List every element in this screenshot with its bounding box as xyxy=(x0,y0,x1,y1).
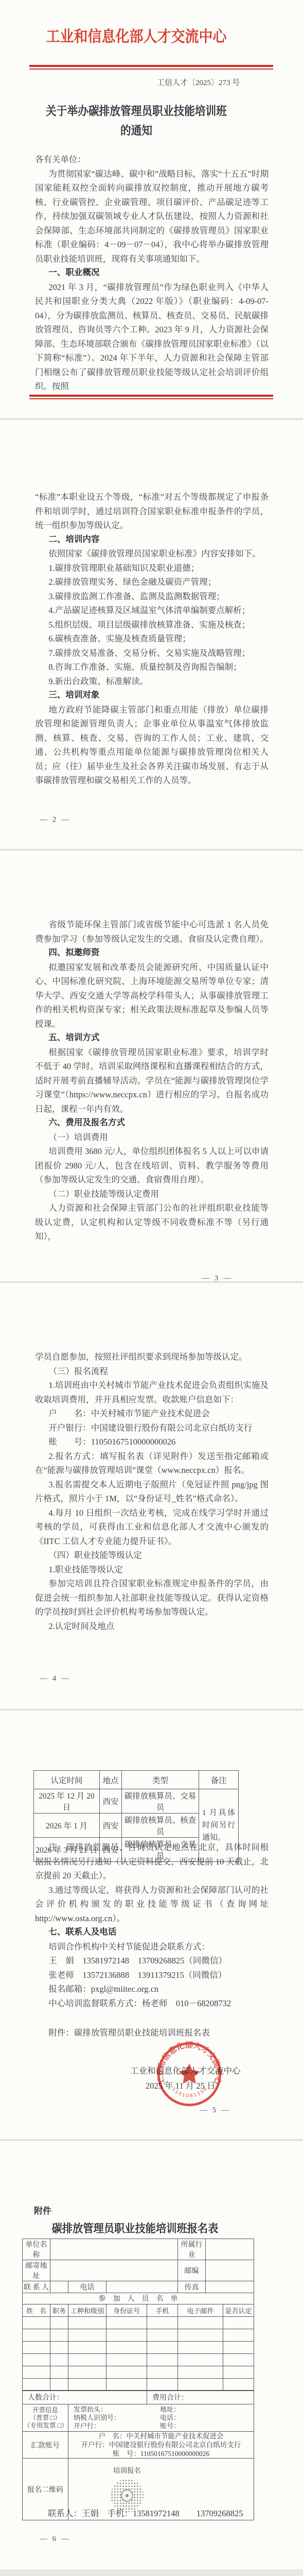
para-exam-certificate: 4.每月 10 日组织一次结业考核，完成在线学习学时并通过考核的学员，可获得由工… xyxy=(35,1506,269,1549)
page5-body: 注：碳排放监测员、咨询员认定地点在北京，具体时间根据报名情况另行通知（认定资料提… xyxy=(35,1840,269,2040)
roster-empty-row xyxy=(23,2378,254,2391)
stamp-star-icon xyxy=(179,2063,200,2083)
contact-lead: 培训合作机构中关村节能促进会联系方式： xyxy=(35,1940,269,1954)
subheading-training-fee: （一）培训费用 xyxy=(35,1130,269,1145)
roster-header-mobile: 手机 xyxy=(147,2304,178,2316)
para-photo-requirement: 3.报名需提交本人近期电子版照片（免冠证件照 png/jpg 图片格式，照片小于… xyxy=(35,1478,269,1506)
fax-label: 传真 xyxy=(178,2281,206,2293)
para-register-method: 2.报名方式：填写报名表（详见附件）发送至指定邮箱或在“能源与碳排放管理培训”课… xyxy=(35,1449,269,1478)
para-levels: “标准”本职业设五个等级，“标准”对五个等级都规定了申报条件和培训学时，通过培训… xyxy=(35,490,269,533)
invoice-fields-cell: 发票抬头： 纳税人识别号： 开户行： 地址： 电话： 账号： xyxy=(68,2404,254,2432)
fax-field xyxy=(206,2281,254,2293)
notice-title-line2: 的通知 xyxy=(120,124,152,137)
contact-supervision: 中心培训监督联系方式：杨老师 010－68208732 xyxy=(35,1996,269,2011)
notice-title-line1: 关于举办碳排放管理员职业技能培训班 xyxy=(46,105,227,117)
content-item: 9.新出台政策、标准解读。 xyxy=(35,674,269,689)
para-skill-cert: 参加完培训且符合国家职业标准规定申报条件的学员，由促进会统一组织参加人社部职业技… xyxy=(35,1577,269,1619)
schedule-cell: 西安 xyxy=(100,1814,122,1838)
schedule-header-type: 类型 xyxy=(122,1771,199,1789)
unit-name-label: 单位名称 xyxy=(23,2239,50,2260)
remit-name-line: 户 名：中关村城市节能产业技术促进会 xyxy=(69,2432,253,2441)
subitem-skill-cert: 1.职业技能等级认定 xyxy=(35,1563,269,1577)
page2-body: “标准”本职业设五个等级，“标准”对五个等级都规定了申报条件和培训学时，通过培训… xyxy=(35,490,269,788)
schedule-cell: 2025 年 12 月 20 日 xyxy=(34,1789,100,1814)
doc-number: 工信人才〔2025〕273 号 xyxy=(157,77,240,88)
account-number-line: 账 号：11050167510000000026 xyxy=(35,1435,269,1449)
content-item: 3.碳排放监测工作准备、监测及监测数据管理； xyxy=(35,589,269,604)
page3-body: 省级节能环保主管部门或省级节能中心可选派 1 名人员免费参加学习（参加等级认定发… xyxy=(35,918,269,1244)
subheading-registration-process: （三）报名流程 xyxy=(35,1364,269,1379)
schedule-cell: 碳排放核算员、核查员 xyxy=(122,1814,199,1838)
roster-empty-row xyxy=(23,2341,254,2353)
subheading-cert-fee: （二）职业技能等级认定费用 xyxy=(35,1187,269,1201)
para-trainees: 地方政府节能降碳主管部门和重点用能（排放）单位碳排放管理和能源管理负责人；企事业… xyxy=(35,703,269,788)
roster-header-name: 姓 名 xyxy=(23,2304,50,2316)
para-content-lead: 依照国家《碳排放管理员国家职业标准》内容安排如下。 xyxy=(35,547,269,561)
page-5: 认定时间 地点 类型 备注 2025 年 12 月 20 日 西安 碳排放核算员… xyxy=(0,1709,303,2139)
invoice-label-line1: 开票信息 xyxy=(24,2406,67,2414)
heading-faculty: 四、拟邀师资 xyxy=(35,946,269,960)
heading-training-content: 二、培训内容 xyxy=(35,533,269,547)
invoice-title-label: 发票抬头： xyxy=(74,2405,160,2414)
schedule-cell: 2026 年 1 月 xyxy=(34,1814,100,1838)
salutation: 各有关单位： xyxy=(35,152,269,167)
para-training-fee: 培训费用 3680 元/人，单位组织团体报名 5 人以上可以申请团报价 2980… xyxy=(35,1144,269,1187)
page1-body: 各有关单位： 为贯彻国家“碳达峰、碳中和”战略目标，落实“十五五”时期国家能耗双… xyxy=(35,152,269,394)
scanned-notice-document: 工业和信息化部人才交流中心 工信人才〔2025〕273 号 关于举办碳排放管理员… xyxy=(0,0,303,2576)
unit-name-field xyxy=(50,2239,178,2260)
phone-field xyxy=(106,2281,178,2293)
address-label: 邮寄地址 xyxy=(23,2260,50,2281)
form-roster-table: 参 加 人 员 名 单 姓 名 职务 工种和级别 身份证号 手机 电子邮件 是否… xyxy=(22,2293,254,2391)
contact-wangjuan: 王 娟 13581972148 13709268825（同微信） xyxy=(35,1954,269,1968)
page-number-3: — 3 — xyxy=(202,1274,233,1281)
heading-trainees: 三、培训对象 xyxy=(35,688,269,703)
invoice-label-line2: （普票 □） xyxy=(24,2414,67,2422)
invoice-label-line3: （专用发票 □） xyxy=(24,2422,67,2430)
form-info-table: 单位名称 所属行业 邮寄地址 邮编 联 系 人 电话 传真 xyxy=(22,2239,254,2293)
phone-label: 电话 xyxy=(68,2281,106,2293)
remit-bank-line: 开户行：中国建设银行股份有限公司北京白纸坊支行 xyxy=(69,2441,253,2449)
page-number-5: — 5 — xyxy=(200,2106,230,2115)
contact-field xyxy=(50,2281,68,2293)
schedule-cell: 西安 xyxy=(100,1789,122,1814)
roster-empty-row xyxy=(23,2329,254,2341)
invoice-type-label: 开票信息 （普票 □） （专用发票 □） xyxy=(23,2404,68,2432)
attachment-label: 附件 xyxy=(34,2204,51,2216)
para-organizer: 1.培训班由中关村城市节能产业技术促进会负责组织实施及收取培训费用，并开具相应发… xyxy=(35,1378,269,1406)
schedule-header-place: 地点 xyxy=(100,1771,122,1789)
page-1: 工业和信息化部人才交流中心 工信人才〔2025〕273 号 关于举办碳排放管理员… xyxy=(0,0,303,418)
para-certificate-query: 3.通过等级认定，将获得人力资源和社会保障部门认可的社会评价机构颁发的职业技能等… xyxy=(35,1883,269,1926)
letterhead-rule xyxy=(29,65,273,70)
para-cert-fee: 人力资源和社会保障主管部门公布的社评组织职业技能等级认定费，认定机构和认定等级不… xyxy=(35,1201,269,1244)
subitem-cert-time-place: 2.认定时间及地点 xyxy=(35,1619,269,1634)
page-number-2: — 2 — xyxy=(40,816,70,824)
page-number-6: — 6 — xyxy=(40,2535,70,2544)
subheading-skill-cert: （四）职业技能等级认定 xyxy=(35,1548,269,1563)
roster-empty-row xyxy=(23,2316,254,2329)
para-occupation-overview: 2021 年 3 月，“碳排放管理员”作为绿色职业列入《中华人民共和国职业分类大… xyxy=(35,280,269,394)
invoice-taxid-label: 纳税人识别号： xyxy=(74,2414,160,2422)
para-faculty: 拟邀国家发展和改革委员会能源研究所、中国质量认证中心、中国标准化研究院、上海环境… xyxy=(35,960,269,1031)
registration-form: 单位名称 所属行业 邮寄地址 邮编 联 系 人 电话 传真 xyxy=(22,2239,254,2520)
heading-occupation-overview: 一、职业概况 xyxy=(35,266,269,280)
zip-label: 邮编 xyxy=(178,2260,206,2281)
roster-title: 参 加 人 员 名 单 xyxy=(23,2293,254,2304)
attachment-reference: 附件：碳排放管理员职业技能培训班报名表 xyxy=(35,2026,269,2040)
invoice-address-label: 地址： xyxy=(160,2405,180,2414)
official-red-stamp: 工业和信息化部人才交流中心 1101081336207 xyxy=(153,2038,225,2110)
remit-number-line: 账 号：11050167510000000026 xyxy=(69,2449,253,2458)
schedule-header-time: 认定时间 xyxy=(34,1771,100,1789)
para-schedule-note: 注：碳排放监测员、咨询员认定地点在北京，具体时间根据报名情况另行通知（认定资料提… xyxy=(35,1840,269,1883)
page-4: 学员自愿参加，按照社评组织要求到现场参加等级认定。 （三）报名流程 1.培训班由… xyxy=(0,1281,303,1709)
industry-label: 所属行业 xyxy=(178,2239,206,2260)
account-name-line: 户 名：中关村城市节能产业技术促进会 xyxy=(35,1406,269,1421)
invoice-bank-label: 开户行： xyxy=(74,2422,160,2430)
total-people-label: 人数合计： xyxy=(23,2391,147,2404)
page1-bottom-rule xyxy=(29,395,273,399)
schedule-header-remark: 备注 xyxy=(199,1771,239,1789)
registration-form-title: 碳排放管理员职业技能培训班报名表 xyxy=(11,2220,259,2236)
address-field xyxy=(50,2260,178,2281)
roster-empty-row xyxy=(23,2353,254,2366)
remit-account-cell: 户 名：中关村城市节能产业技术促进会 开户行：中国建设银行股份有限公司北京白纸坊… xyxy=(68,2432,254,2459)
industry-field xyxy=(206,2239,254,2260)
form-bottom-table: 人数合计： 费用合计： 开票信息 （普票 □） （专用发票 □） 发票抬头： 纳… xyxy=(22,2390,254,2520)
qr-caption: 培训报名 xyxy=(93,2465,161,2475)
roster-header-certify: 是否认定 xyxy=(223,2304,254,2316)
page-6: 附件 碳排放管理员职业技能培训班报名表 单位名称 所属行业 邮寄地址 邮编 xyxy=(0,2139,303,2576)
zip-field xyxy=(206,2260,254,2281)
form-contact-line: 联系人：王娟 手机：13581972148 13709268825 xyxy=(48,2506,243,2519)
roster-empty-row xyxy=(23,2366,254,2378)
heading-fees: 六、费用及报名方式 xyxy=(35,1116,269,1130)
para-voluntary: 学员自愿参加，按照社评组织要求到现场参加等级认定。 xyxy=(35,1350,269,1364)
content-item: 1.碳排放管理职业基础知识及职业道德； xyxy=(35,561,269,575)
page4-body: 学员自愿参加，按照社评组织要求到现场参加等级认定。 （三）报名流程 1.培训班由… xyxy=(35,1350,269,1633)
contact-zhang: 张老师 13572136888 13911379215（同微信） xyxy=(35,1968,269,1982)
page-number-4: — 4 — xyxy=(40,1674,70,1683)
schedule-cell: 碳排放核算员、交易员 xyxy=(122,1789,199,1814)
page-3: 省级节能环保主管部门或省级节能中心可选派 1 名人员免费参加学习（参加等级认定发… xyxy=(0,849,303,1281)
roster-header-email: 电子邮件 xyxy=(178,2304,223,2316)
page-2: “标准”本职业设五个等级，“标准”对五个等级都规定了申报条件和培训学时，通过培训… xyxy=(0,418,303,849)
content-item: 6.碳核查准备、实施及核查质量管理； xyxy=(35,632,269,646)
invoice-account-label: 账号： xyxy=(160,2422,180,2430)
content-item: 7.碳排放交易准备、交易分析、交易实施及战略管理； xyxy=(35,646,269,660)
para-training-method: 根据国家《碳排放管理员国家职业标准》要求，培训学时不低于 40 学时。培训采取网… xyxy=(35,1045,269,1116)
content-item: 5.组织层级、项目层级碳排放核算准备、实施及核查； xyxy=(35,618,269,632)
content-item: 8.咨询工作准备、实施、质量控制及咨询报告编制； xyxy=(35,660,269,674)
roster-header-position: 职务 xyxy=(50,2304,68,2316)
contact-label: 联 系 人 xyxy=(23,2281,50,2293)
para-free-quota: 省级节能环保主管部门或省级节能中心可选派 1 名人员免费参加学习（参加等级认定发… xyxy=(35,918,269,946)
total-fee-label: 费用合计： xyxy=(147,2391,254,2404)
notice-title: 关于举办碳排放管理员职业技能培训班 的通知 xyxy=(14,101,259,141)
letterhead-org: 工业和信息化部人才交流中心 xyxy=(14,24,259,46)
account-bank-line: 开户银行：中国建设银行股份有限公司北京白纸坊支行 xyxy=(35,1421,269,1435)
heading-training-method: 五、培训方式 xyxy=(35,1031,269,1045)
invoice-phone-label: 电话： xyxy=(160,2414,180,2422)
roster-header-id: 身份证号 xyxy=(106,2304,147,2316)
roster-header-trade: 工种和级别 xyxy=(68,2304,106,2316)
content-item: 4.产品碳足迹核算及区域温室气体清单编制要点解析； xyxy=(35,603,269,618)
contact-email: 报名邮箱：pxgl@miitec.org.cn xyxy=(35,1982,269,1996)
heading-contacts: 七、联系人及电话 xyxy=(35,1925,269,1940)
scan-edge-strip xyxy=(0,2569,303,2576)
content-item: 2.碳排放管理实务、绿色金融及碳资产管理； xyxy=(35,575,269,589)
para-intro: 为贯彻国家“碳达峰、碳中和”战略目标，落实“十五五”时期国家能耗双控全面转向碳排… xyxy=(35,167,269,266)
remit-account-label: 汇款账号 xyxy=(23,2432,68,2459)
